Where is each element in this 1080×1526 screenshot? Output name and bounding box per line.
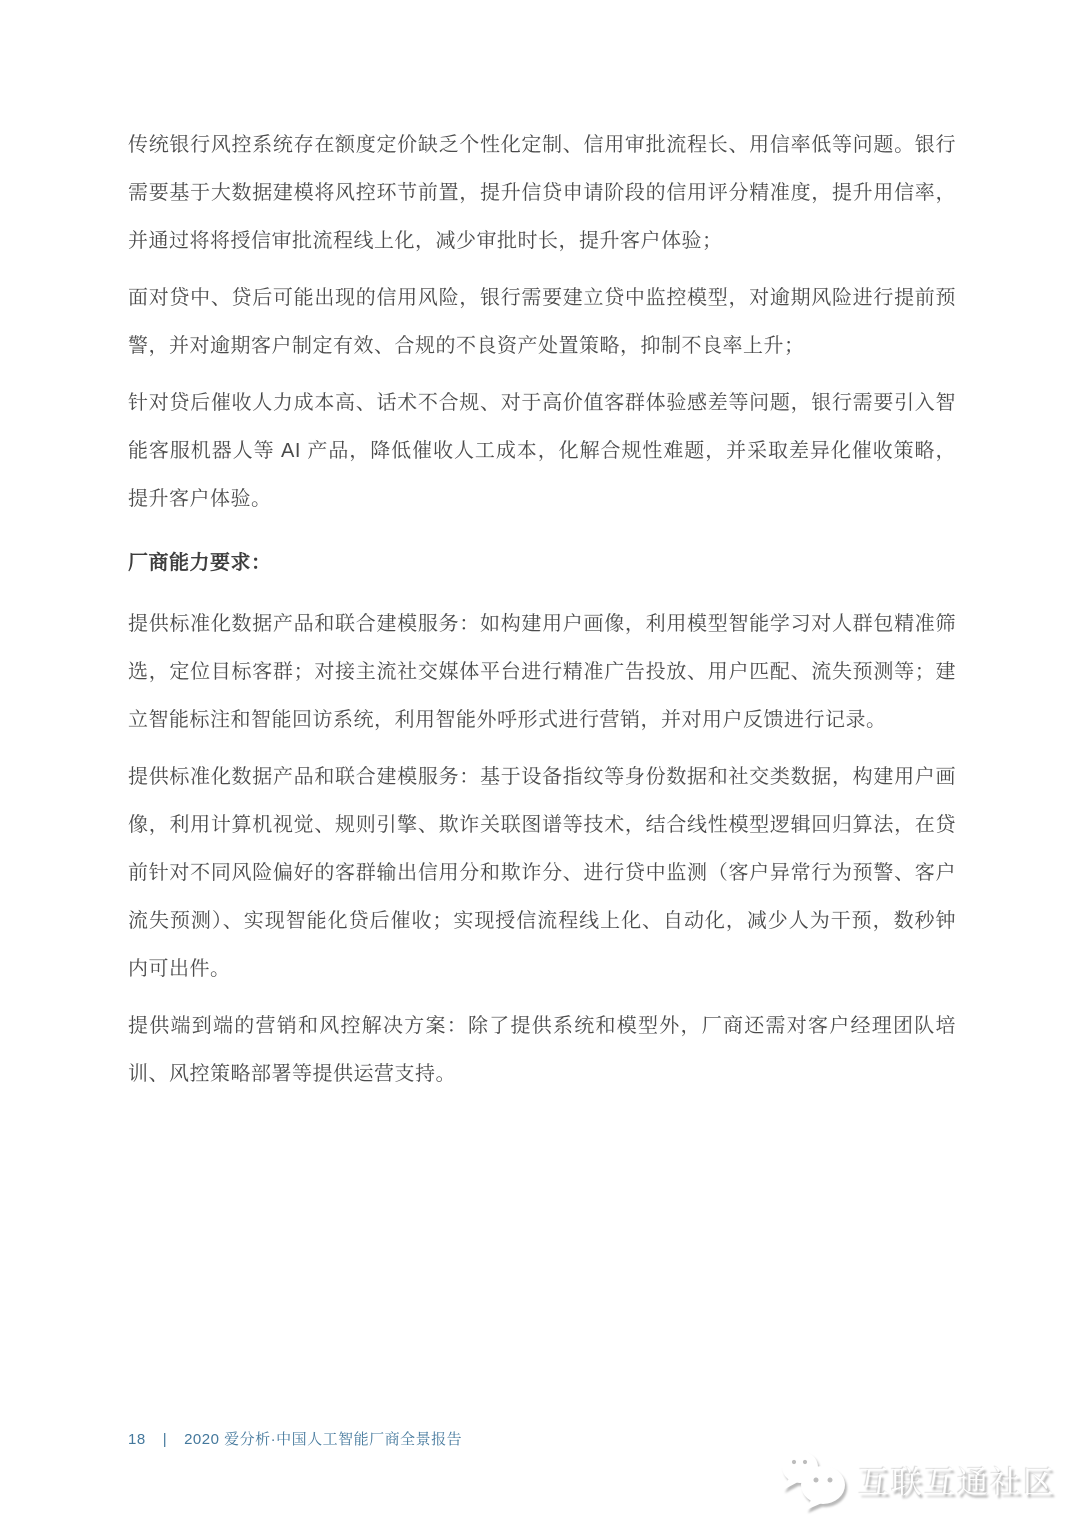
body-paragraph: 提供标准化数据产品和联合建模服务：如构建用户画像，利用模型智能学习对人群包精准筛…: [128, 600, 956, 744]
watermark: 互联互通社区: [778, 1447, 1056, 1511]
body-paragraph: 面对贷中、贷后可能出现的信用风险，银行需要建立贷中监控模型，对逾期风险进行提前预…: [128, 274, 956, 370]
body-paragraph: 提供端到端的营销和风控解决方案：除了提供系统和模型外，厂商还需对客户经理团队培训…: [128, 1002, 956, 1098]
body-paragraph: 传统银行风控系统存在额度定价缺乏个性化定制、信用审批流程长、用信率低等问题。银行…: [128, 121, 956, 265]
body-paragraph: 提供标准化数据产品和联合建模服务：基于设备指纹等身份数据和社交类数据，构建用户画…: [128, 753, 956, 993]
page-content: 传统银行风控系统存在额度定价缺乏个性化定制、信用审批流程长、用信率低等问题。银行…: [128, 121, 956, 1107]
wechat-bubbles-icon: [778, 1447, 848, 1511]
watermark-label: 互联互通社区: [858, 1457, 1056, 1502]
report-page: 传统银行风控系统存在额度定价缺乏个性化定制、信用审批流程长、用信率低等问题。银行…: [0, 0, 1080, 1526]
body-paragraph: 针对贷后催收人力成本高、话术不合规、对于高价值客群体验感差等问题，银行需要引入智…: [128, 379, 956, 523]
page-number: 18: [128, 1429, 146, 1451]
page-footer: 18 | 2020 爱分析·中国人工智能厂商全景报告: [128, 1429, 462, 1451]
section-heading: 厂商能力要求：: [128, 539, 956, 587]
footer-separator: |: [163, 1429, 167, 1451]
report-title: 2020 爱分析·中国人工智能厂商全景报告: [184, 1429, 462, 1451]
